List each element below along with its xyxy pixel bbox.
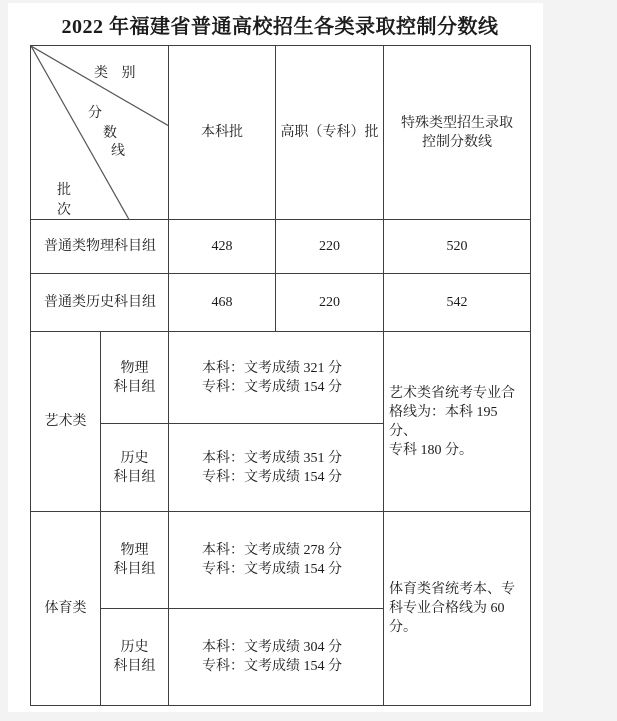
note-cell-art: 艺术类省统考专业合 格线为：本科 195 分、 专科 180 分。 [384, 332, 531, 512]
corner-label-category: 类 别 [94, 64, 141, 83]
group-cell-sports-physics: 物理 科目组 [101, 512, 169, 609]
corner-label-score-char-3: 线 [111, 142, 125, 161]
cell-general-history-special: 542 [384, 274, 531, 332]
col-header-special: 特殊类型招生录取 控制分数线 [384, 46, 531, 220]
scores-cell-sports-physics: 本科：文考成绩 278 分 专科：文考成绩 154 分 [169, 512, 384, 609]
corner-cell: 类 别 分 数 线 批 次 [31, 46, 169, 220]
group-cell-art-history: 历史 科目组 [101, 424, 169, 512]
cell-general-history-benke: 468 [169, 274, 276, 332]
group-cell-art-physics: 物理 科目组 [101, 332, 169, 424]
score-line-table: 类 别 分 数 线 批 次 本科批 高职（专科）批 特殊类型招生录取 控制分数线… [30, 45, 531, 706]
col-header-gaozhi: 高职（专科）批 [276, 46, 384, 220]
corner-label-score-char-2: 数 [103, 124, 117, 143]
category-cell-art: 艺术类 [31, 332, 101, 512]
col-header-benke: 本科批 [169, 46, 276, 220]
cell-general-physics-gaozhi: 220 [276, 220, 384, 274]
table-row-general-physics: 普通类物理科目组 428 220 520 [31, 220, 531, 274]
scores-cell-art-history: 本科：文考成绩 351 分 专科：文考成绩 154 分 [169, 424, 384, 512]
table-row-general-history: 普通类历史科目组 468 220 542 [31, 274, 531, 332]
scores-cell-sports-history: 本科：文考成绩 304 分 专科：文考成绩 154 分 [169, 609, 384, 706]
row-label-general-physics: 普通类物理科目组 [31, 220, 169, 274]
scores-cell-art-physics: 本科：文考成绩 321 分 专科：文考成绩 154 分 [169, 332, 384, 424]
corner-label-score-char-1: 分 [88, 104, 102, 123]
cell-general-physics-special: 520 [384, 220, 531, 274]
table-row-sports-physics: 体育类 物理 科目组 本科：文考成绩 278 分 专科：文考成绩 154 分 体… [31, 512, 531, 609]
table-header-row: 类 别 分 数 线 批 次 本科批 高职（专科）批 特殊类型招生录取 控制分数线 [31, 46, 531, 220]
table-row-art-physics: 艺术类 物理 科目组 本科：文考成绩 321 分 专科：文考成绩 154 分 艺… [31, 332, 531, 424]
cell-general-history-gaozhi: 220 [276, 274, 384, 332]
corner-label-batch: 批 次 [57, 181, 71, 220]
page-title: 2022 年福建省普通高校招生各类录取控制分数线 [30, 16, 530, 38]
cell-general-physics-benke: 428 [169, 220, 276, 274]
document-content: 2022 年福建省普通高校招生各类录取控制分数线 类 别 分 数 线 批 次 [30, 16, 530, 706]
note-cell-sports: 体育类省统考本、专 科专业合格线为 60 分。 [384, 512, 531, 706]
category-cell-sports: 体育类 [31, 512, 101, 706]
group-cell-sports-history: 历史 科目组 [101, 609, 169, 706]
row-label-general-history: 普通类历史科目组 [31, 274, 169, 332]
document-page: 2022 年福建省普通高校招生各类录取控制分数线 类 别 分 数 线 批 次 [8, 3, 543, 712]
